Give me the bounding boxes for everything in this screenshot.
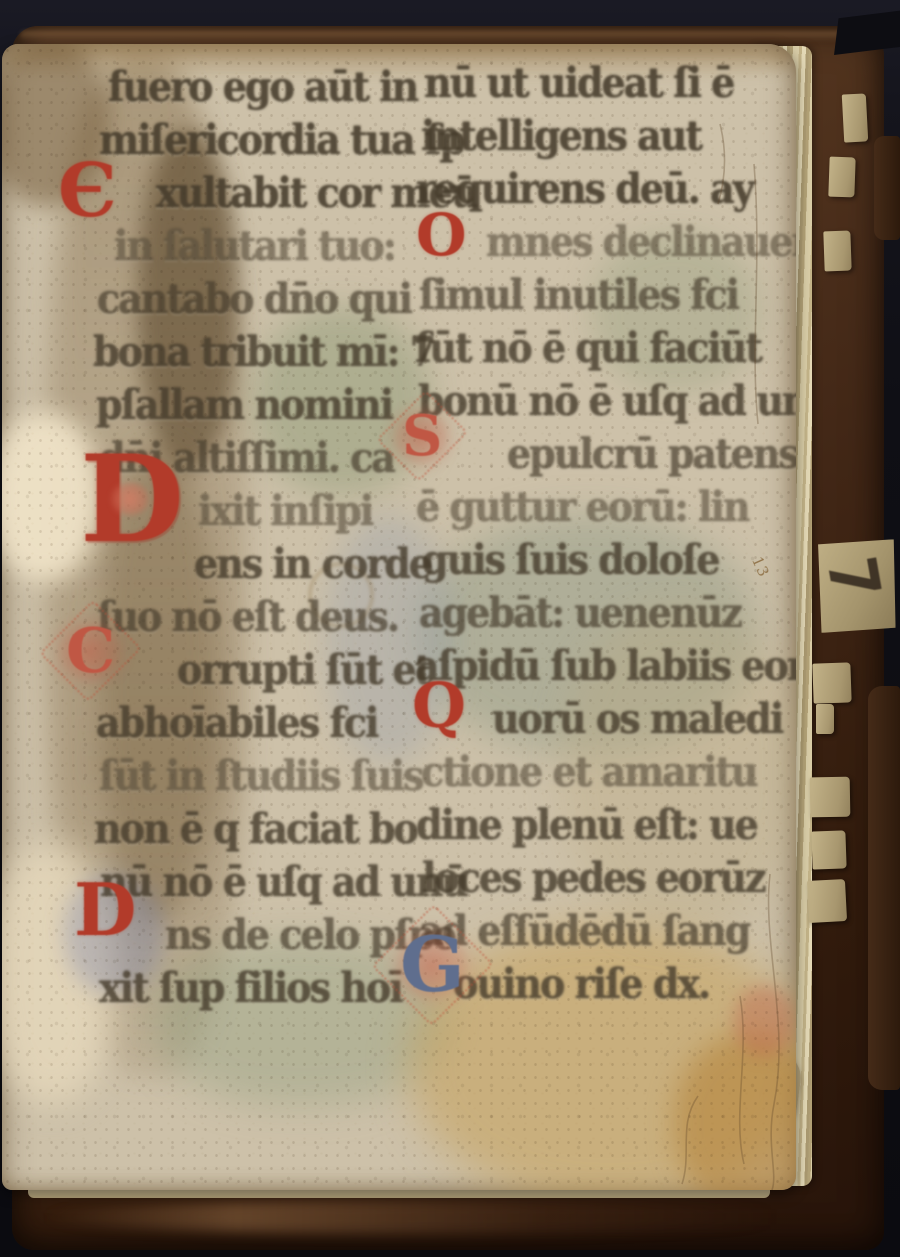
manuscript-text-line: ctione et amaritu [421,743,751,800]
illuminated-initial-o: O [416,209,467,261]
large-fore-edge-tab[interactable]: 7 [813,537,898,636]
manuscript-text-line: dine plenū eſt: ue [416,796,746,853]
manuscript-text-line: ſuo nō eſt deus. [97,588,401,645]
text-column-right: nū ut uideat ſi ēintelligens autrequiren… [418,56,748,1010]
manuscript-text-line: epulcrū patens [421,425,751,482]
manuscript-text-line: guis ſuis doloſe [422,531,752,588]
manuscript-book-photo: 7 fuero ego aūt inmiſericordia tua ſpxul… [0,0,900,1257]
illuminated-initial-q: Q [412,678,466,734]
tab-ink-mark: 7 [811,551,895,604]
background-book-edge [868,686,900,1090]
manuscript-text-line: bonū nō ē uſq ad unū. [418,372,748,429]
illuminated-initial-e: Є [58,158,117,225]
manuscript-text-line: cantabo dn̄o qui [97,270,401,327]
background-book-edge [874,136,900,240]
manuscript-text-line: ē guttur eorū: lin [416,478,746,535]
text-column-left: fuero ego aūt inmiſericordia tua ſpxulta… [96,60,400,1014]
manuscript-text-line: loces pedes eorūz [422,849,752,906]
manuscript-text-line: abhoīabiles fci [96,694,400,751]
manuscript-text-line: fuero ego aūt in [96,58,400,115]
manuscript-text-line: ſimul inutiles fci [419,266,749,323]
manuscript-text-line: pſallam nomini [96,376,400,433]
manuscript-text-line: ſūt nō ē qui faciūt [415,319,745,376]
illuminated-initial-g: G [400,931,465,999]
manuscript-text-line: in ſalutari tuo: [100,217,404,274]
manuscript-text-line: xit ſup filios hoī [93,959,397,1016]
manuscript-text-line: nū nō ē uſq ad unū [100,853,404,910]
manuscript-text-line: xultabit cor meū [94,164,398,221]
manuscript-text-line: uorū os maledi [418,690,748,747]
illuminated-initial-c: C [66,623,115,679]
manuscript-text-line: miſericordia tua ſp [99,111,403,168]
manuscript-text-line: ns de celo pſpe [97,906,401,963]
illuminated-initial-d: D [80,446,184,554]
manuscript-text-line: non ē q faciat bo [94,800,398,857]
illuminated-initial-s: S [402,411,442,461]
manuscript-text-line: bona tribuit mī: 7 [93,323,397,380]
manuscript-text-line: ſūt in ſtudiis ſuis [99,747,403,804]
parchment-stain [674,1034,796,1190]
manuscript-text-line: intelligens aut [421,107,751,164]
manuscript-text-line: nū ut uideat ſi ē [418,54,748,111]
manuscript-text-line: mnes declinauert [422,213,752,270]
manuscript-page: fuero ego aūt inmiſericordia tua ſpxulta… [2,44,796,1190]
illuminated-initial-d: D [74,878,136,943]
manuscript-text-line: agebāt: uenenūz [419,584,749,641]
